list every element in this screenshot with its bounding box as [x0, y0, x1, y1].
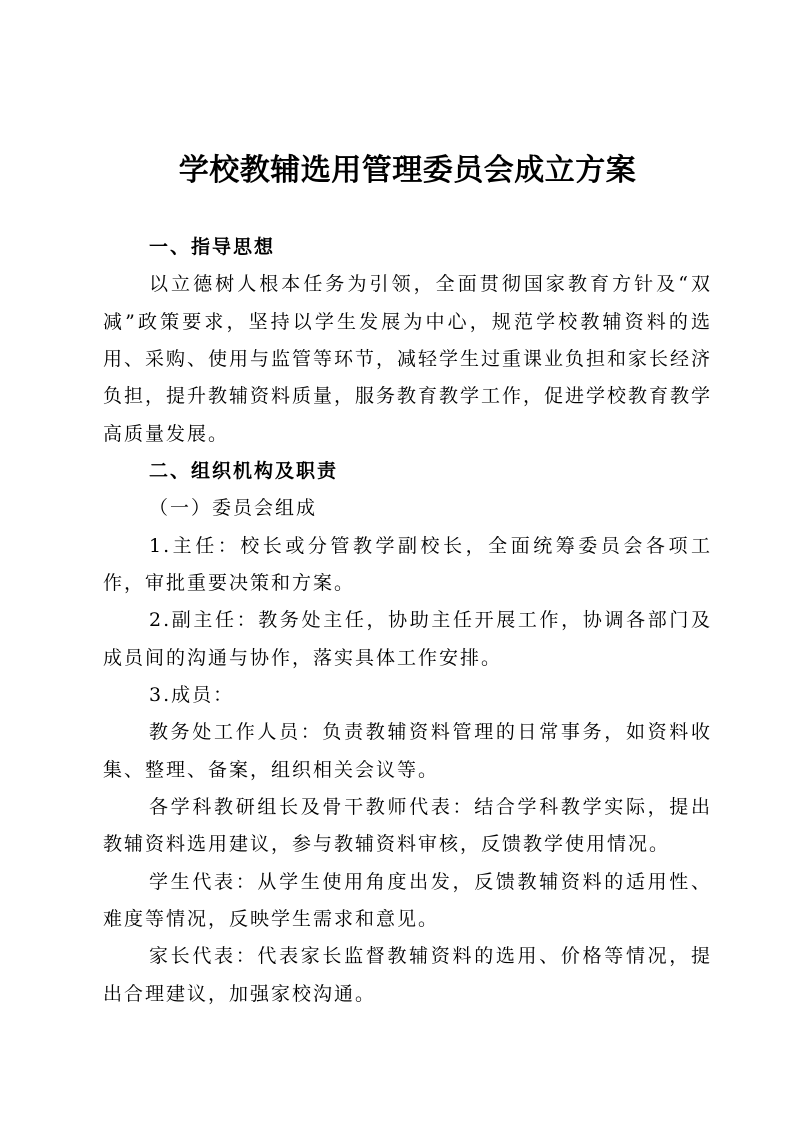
paragraph-deputy-director: 2.副主任：教务处主任，协助主任开展工作，协调各部门及成员间的沟通与协作，落实具…	[103, 602, 712, 677]
paragraph-director: 1.主任：校长或分管教学副校长，全面统筹委员会各项工作，审批重要决策和方案。	[103, 528, 712, 603]
document-body: 一、指导思想 以立德树人根本任务为引领，全面贯彻国家教育方针及“双减”政策要求，…	[103, 229, 712, 1013]
sub-heading-committee-composition: （一）委员会组成	[103, 490, 712, 527]
paragraph-guiding-ideology: 以立德树人根本任务为引领，全面贯彻国家教育方针及“双减”政策要求，坚持以学生发展…	[103, 266, 712, 453]
paragraph-teacher-representatives: 各学科教研组长及骨干教师代表：结合学科教学实际，提出教辅资料选用建议，参与教辅资…	[103, 789, 712, 864]
paragraph-academic-office-staff: 教务处工作人员：负责教辅资料管理的日常事务，如资料收集、整理、备案，组织相关会议…	[103, 714, 712, 789]
section-heading-guiding-ideology: 一、指导思想	[103, 229, 712, 266]
paragraph-parent-representatives: 家长代表：代表家长监督教辅资料的选用、价格等情况，提出合理建议，加强家校沟通。	[103, 938, 712, 1013]
document-page: 学校教辅选用管理委员会成立方案 一、指导思想 以立德树人根本任务为引领，全面贯彻…	[0, 0, 793, 1122]
document-title: 学校教辅选用管理委员会成立方案	[103, 147, 712, 195]
paragraph-members-label: 3.成员：	[103, 677, 712, 714]
section-heading-organization: 二、组织机构及职责	[103, 453, 712, 490]
paragraph-student-representatives: 学生代表：从学生使用角度出发，反馈教辅资料的适用性、难度等情况，反映学生需求和意…	[103, 864, 712, 939]
